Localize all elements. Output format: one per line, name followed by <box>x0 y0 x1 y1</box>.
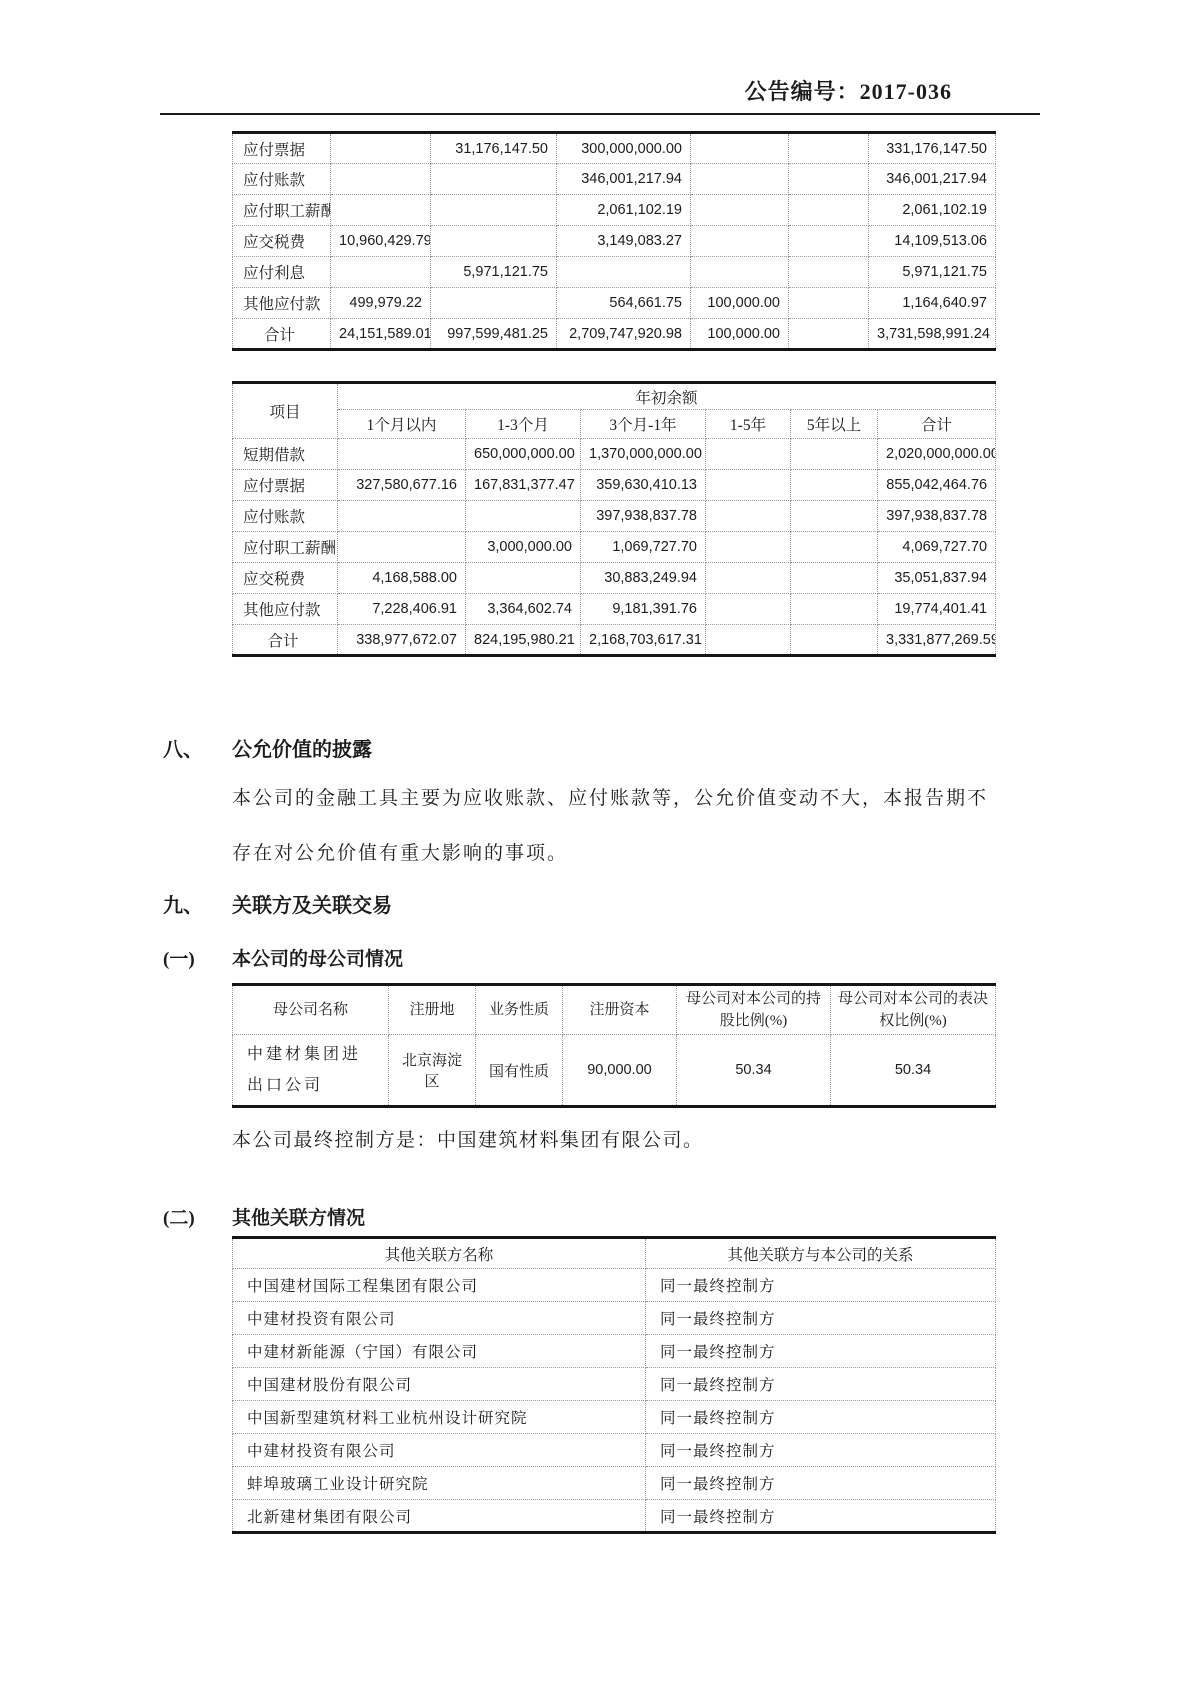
cell-value <box>789 257 869 288</box>
cell-value <box>706 470 791 501</box>
cell-value: 31,176,147.50 <box>431 133 557 164</box>
table-row: 应付账款 397,938,837.78 397,938,837.78 <box>233 501 996 532</box>
cell-value: 3,000,000.00 <box>466 532 581 563</box>
cell-value: 331,176,147.50 <box>869 133 996 164</box>
cell-value: 5,971,121.75 <box>431 257 557 288</box>
cell-value: 397,938,837.78 <box>878 501 996 532</box>
table-row: 中建材新能源（宁国）有限公司 同一最终控制方 <box>233 1335 996 1368</box>
cell-value <box>791 470 878 501</box>
row-label: 应付账款 <box>233 164 331 195</box>
cell-value: 346,001,217.94 <box>557 164 691 195</box>
cell-value: 3,731,598,991.24 <box>869 319 996 350</box>
row-label: 其他应付款 <box>233 288 331 319</box>
table-row: 北新建材集团有限公司 同一最终控制方 <box>233 1500 996 1533</box>
cell-value <box>431 164 557 195</box>
cell-value: 338,977,672.07 <box>338 625 466 656</box>
parent-company-name: 中建材集团进出口公司 <box>233 1035 389 1107</box>
cell-value <box>466 563 581 594</box>
column-header: 1个月以内 <box>338 410 466 439</box>
section-fair-value: 八、 公允价值的披露 <box>163 735 1043 765</box>
cell-value <box>331 133 431 164</box>
table-total-row: 合计 338,977,672.07 824,195,980.21 2,168,7… <box>233 625 996 656</box>
table-row: 中建材投资有限公司 同一最终控制方 <box>233 1434 996 1467</box>
header-rule <box>160 113 1040 115</box>
document-page: 公告编号：2017-036 应付票据 31,176,147.50 300,000… <box>0 78 1200 1534</box>
table-row: 中国建材国际工程集团有限公司 同一最终控制方 <box>233 1269 996 1302</box>
cell-value: 10,960,429.79 <box>331 226 431 257</box>
table-row: 应付票据 327,580,677.16 167,831,377.47 359,6… <box>233 470 996 501</box>
cell-value: 346,001,217.94 <box>869 164 996 195</box>
cell-value <box>789 319 869 350</box>
table-row: 其他应付款 499,979.22 564,661.75 100,000.00 1… <box>233 288 996 319</box>
section-number: 九、 <box>163 891 232 921</box>
cell-value <box>338 439 466 470</box>
cell-value: 327,580,677.16 <box>338 470 466 501</box>
related-party-relation: 同一最终控制方 <box>646 1335 996 1368</box>
row-label: 应付利息 <box>233 257 331 288</box>
cell-value <box>789 133 869 164</box>
table-row: 中建材集团进出口公司 北京海淀区 国有性质 90,000.00 50.34 50… <box>233 1035 996 1107</box>
cell-value <box>791 439 878 470</box>
subsection-number: (一) <box>163 945 232 975</box>
cell-value: 4,069,727.70 <box>878 532 996 563</box>
cell-value: 7,228,406.91 <box>338 594 466 625</box>
ultimate-controller-note: 本公司最终控制方是：中国建筑材料集团有限公司。 <box>232 1126 1043 1156</box>
cell-value <box>791 501 878 532</box>
table-row: 应付账款 346,001,217.94 346,001,217.94 <box>233 164 996 195</box>
column-header: 1-5年 <box>706 410 791 439</box>
doc-number: 公告编号：2017-036 <box>0 78 1040 106</box>
cell-value <box>791 563 878 594</box>
related-party-relation: 同一最终控制方 <box>646 1269 996 1302</box>
cell-value: 9,181,391.76 <box>581 594 706 625</box>
column-header: 业务性质 <box>476 985 563 1035</box>
row-label: 应付票据 <box>233 470 338 501</box>
cell-value: 564,661.75 <box>557 288 691 319</box>
cell-value: 30,883,249.94 <box>581 563 706 594</box>
cell-value: 1,370,000,000.00 <box>581 439 706 470</box>
cell-value <box>691 257 789 288</box>
row-label: 应交税费 <box>233 563 338 594</box>
related-party-relation: 同一最终控制方 <box>646 1401 996 1434</box>
voting-pct: 50.34 <box>831 1035 996 1107</box>
section-title: 公允价值的披露 <box>232 735 372 765</box>
table-row: 应付票据 31,176,147.50 300,000,000.00 331,17… <box>233 133 996 164</box>
related-party-relation: 同一最终控制方 <box>646 1434 996 1467</box>
column-header: 其他关联方名称 <box>233 1238 646 1269</box>
related-party-relation: 同一最终控制方 <box>646 1302 996 1335</box>
cell-value <box>331 195 431 226</box>
subsection-other-related-parties: (二) 其他关联方情况 <box>163 1204 1043 1234</box>
cell-value: 100,000.00 <box>691 319 789 350</box>
page-content: 应付票据 31,176,147.50 300,000,000.00 331,17… <box>163 131 1043 1534</box>
row-label: 其他应付款 <box>233 594 338 625</box>
table-row: 中国建材股份有限公司 同一最终控制方 <box>233 1368 996 1401</box>
related-party-name: 蚌埠玻璃工业设计研究院 <box>233 1467 646 1500</box>
row-label: 应交税费 <box>233 226 331 257</box>
aging-table-period-end: 应付票据 31,176,147.50 300,000,000.00 331,17… <box>232 131 996 351</box>
cell-value <box>706 532 791 563</box>
column-header: 5年以上 <box>791 410 878 439</box>
cell-value: 14,109,513.06 <box>869 226 996 257</box>
cell-value: 2,061,102.19 <box>557 195 691 226</box>
group-header: 年初余额 <box>338 383 996 410</box>
cell-value: 35,051,837.94 <box>878 563 996 594</box>
column-header: 其他关联方与本公司的关系 <box>646 1238 996 1269</box>
related-party-name: 中建材投资有限公司 <box>233 1302 646 1335</box>
cell-value: 499,979.22 <box>331 288 431 319</box>
related-party-name: 北新建材集团有限公司 <box>233 1500 646 1533</box>
cell-value <box>338 532 466 563</box>
cell-value: 167,831,377.47 <box>466 470 581 501</box>
cell-value <box>706 501 791 532</box>
column-header: 1-3个月 <box>466 410 581 439</box>
cell-value <box>706 563 791 594</box>
registered-capital: 90,000.00 <box>563 1035 677 1107</box>
cell-value <box>791 625 878 656</box>
table-row: 中国新型建筑材料工业杭州设计研究院 同一最终控制方 <box>233 1401 996 1434</box>
cell-value: 19,774,401.41 <box>878 594 996 625</box>
related-party-relation: 同一最终控制方 <box>646 1467 996 1500</box>
subsection-title: 本公司的母公司情况 <box>232 945 403 975</box>
column-header: 注册资本 <box>563 985 677 1035</box>
item-header: 项目 <box>233 383 338 439</box>
related-party-name: 中建材投资有限公司 <box>233 1434 646 1467</box>
cell-value <box>331 257 431 288</box>
row-label: 应付职工薪酬 <box>233 532 338 563</box>
cell-value: 2,020,000,000.00 <box>878 439 996 470</box>
cell-value: 300,000,000.00 <box>557 133 691 164</box>
cell-value <box>791 594 878 625</box>
cell-value <box>789 164 869 195</box>
related-party-name: 中建材新能源（宁国）有限公司 <box>233 1335 646 1368</box>
cell-value: 1,164,640.97 <box>869 288 996 319</box>
column-header: 母公司对本公司的表决权比例(%) <box>831 985 996 1035</box>
aging-table-year-begin: 项目 年初余额 1个月以内 1-3个月 3个月-1年 1-5年 5年以上 合计 … <box>232 381 996 657</box>
cell-value <box>557 257 691 288</box>
section-title: 关联方及关联交易 <box>232 891 392 921</box>
table-total-row: 合计 24,151,589.01 997,599,481.25 2,709,74… <box>233 319 996 350</box>
related-party-name: 中国建材股份有限公司 <box>233 1368 646 1401</box>
cell-value <box>691 195 789 226</box>
cell-value: 359,630,410.13 <box>581 470 706 501</box>
business-nature: 国有性质 <box>476 1035 563 1107</box>
row-label: 应付票据 <box>233 133 331 164</box>
column-header: 3个月-1年 <box>581 410 706 439</box>
other-related-parties-table: 其他关联方名称 其他关联方与本公司的关系 中国建材国际工程集团有限公司 同一最终… <box>232 1236 996 1534</box>
table-row: 应付职工薪酬 3,000,000.00 1,069,727.70 4,069,7… <box>233 532 996 563</box>
cell-value <box>691 164 789 195</box>
cell-value <box>706 594 791 625</box>
cell-value <box>791 532 878 563</box>
table-header-row: 项目 年初余额 <box>233 383 996 410</box>
subsection-title: 其他关联方情况 <box>232 1204 365 1234</box>
related-party-relation: 同一最终控制方 <box>646 1500 996 1533</box>
column-header: 合计 <box>878 410 996 439</box>
cell-value <box>691 133 789 164</box>
table-row: 蚌埠玻璃工业设计研究院 同一最终控制方 <box>233 1467 996 1500</box>
cell-value: 824,195,980.21 <box>466 625 581 656</box>
cell-value: 3,364,602.74 <box>466 594 581 625</box>
table-row: 应付利息 5,971,121.75 5,971,121.75 <box>233 257 996 288</box>
cell-value: 1,069,727.70 <box>581 532 706 563</box>
cell-value: 2,168,703,617.31 <box>581 625 706 656</box>
parent-company-table: 母公司名称 注册地 业务性质 注册资本 母公司对本公司的持股比例(%) 母公司对… <box>232 983 996 1108</box>
row-label: 合计 <box>233 625 338 656</box>
table-row: 应交税费 4,168,588.00 30,883,249.94 35,051,8… <box>233 563 996 594</box>
cell-value: 2,709,747,920.98 <box>557 319 691 350</box>
table-subheader-row: 1个月以内 1-3个月 3个月-1年 1-5年 5年以上 合计 <box>233 410 996 439</box>
cell-value <box>466 501 581 532</box>
column-header: 母公司对本公司的持股比例(%) <box>677 985 831 1035</box>
table-row: 其他应付款 7,228,406.91 3,364,602.74 9,181,39… <box>233 594 996 625</box>
table-row: 短期借款 650,000,000.00 1,370,000,000.00 2,0… <box>233 439 996 470</box>
table-row: 应付职工薪酬 2,061,102.19 2,061,102.19 <box>233 195 996 226</box>
registered-place: 北京海淀区 <box>389 1035 476 1107</box>
cell-value: 397,938,837.78 <box>581 501 706 532</box>
cell-value <box>789 226 869 257</box>
cell-value <box>331 164 431 195</box>
row-label: 短期借款 <box>233 439 338 470</box>
related-party-name: 中国新型建筑材料工业杭州设计研究院 <box>233 1401 646 1434</box>
row-label: 应付账款 <box>233 501 338 532</box>
cell-value: 4,168,588.00 <box>338 563 466 594</box>
cell-value: 24,151,589.01 <box>331 319 431 350</box>
subsection-number: (二) <box>163 1204 232 1234</box>
cell-value: 3,331,877,269.59 <box>878 625 996 656</box>
section-related-parties: 九、 关联方及关联交易 <box>163 891 1043 921</box>
subsection-parent-company: (一) 本公司的母公司情况 <box>163 945 1043 975</box>
cell-value: 5,971,121.75 <box>869 257 996 288</box>
shareholding-pct: 50.34 <box>677 1035 831 1107</box>
cell-value <box>789 288 869 319</box>
table-header-row: 其他关联方名称 其他关联方与本公司的关系 <box>233 1238 996 1269</box>
cell-value: 855,042,464.76 <box>878 470 996 501</box>
cell-value <box>338 501 466 532</box>
cell-value: 2,061,102.19 <box>869 195 996 226</box>
cell-value: 997,599,481.25 <box>431 319 557 350</box>
row-label: 应付职工薪酬 <box>233 195 331 226</box>
section-number: 八、 <box>163 735 232 765</box>
column-header: 母公司名称 <box>233 985 389 1035</box>
cell-value: 650,000,000.00 <box>466 439 581 470</box>
cell-value: 3,149,083.27 <box>557 226 691 257</box>
table-row: 应交税费 10,960,429.79 3,149,083.27 14,109,5… <box>233 226 996 257</box>
table-row: 中建材投资有限公司 同一最终控制方 <box>233 1302 996 1335</box>
cell-value <box>691 226 789 257</box>
cell-value <box>789 195 869 226</box>
fair-value-paragraph: 本公司的金融工具主要为应收账款、应付账款等，公允价值变动不大，本报告期不存在对公… <box>232 771 1002 881</box>
table-header-row: 母公司名称 注册地 业务性质 注册资本 母公司对本公司的持股比例(%) 母公司对… <box>233 985 996 1035</box>
related-party-relation: 同一最终控制方 <box>646 1368 996 1401</box>
cell-value <box>431 288 557 319</box>
cell-value: 100,000.00 <box>691 288 789 319</box>
cell-value <box>706 625 791 656</box>
row-label: 合计 <box>233 319 331 350</box>
column-header: 注册地 <box>389 985 476 1035</box>
cell-value <box>431 226 557 257</box>
cell-value <box>431 195 557 226</box>
cell-value <box>706 439 791 470</box>
related-party-name: 中国建材国际工程集团有限公司 <box>233 1269 646 1302</box>
